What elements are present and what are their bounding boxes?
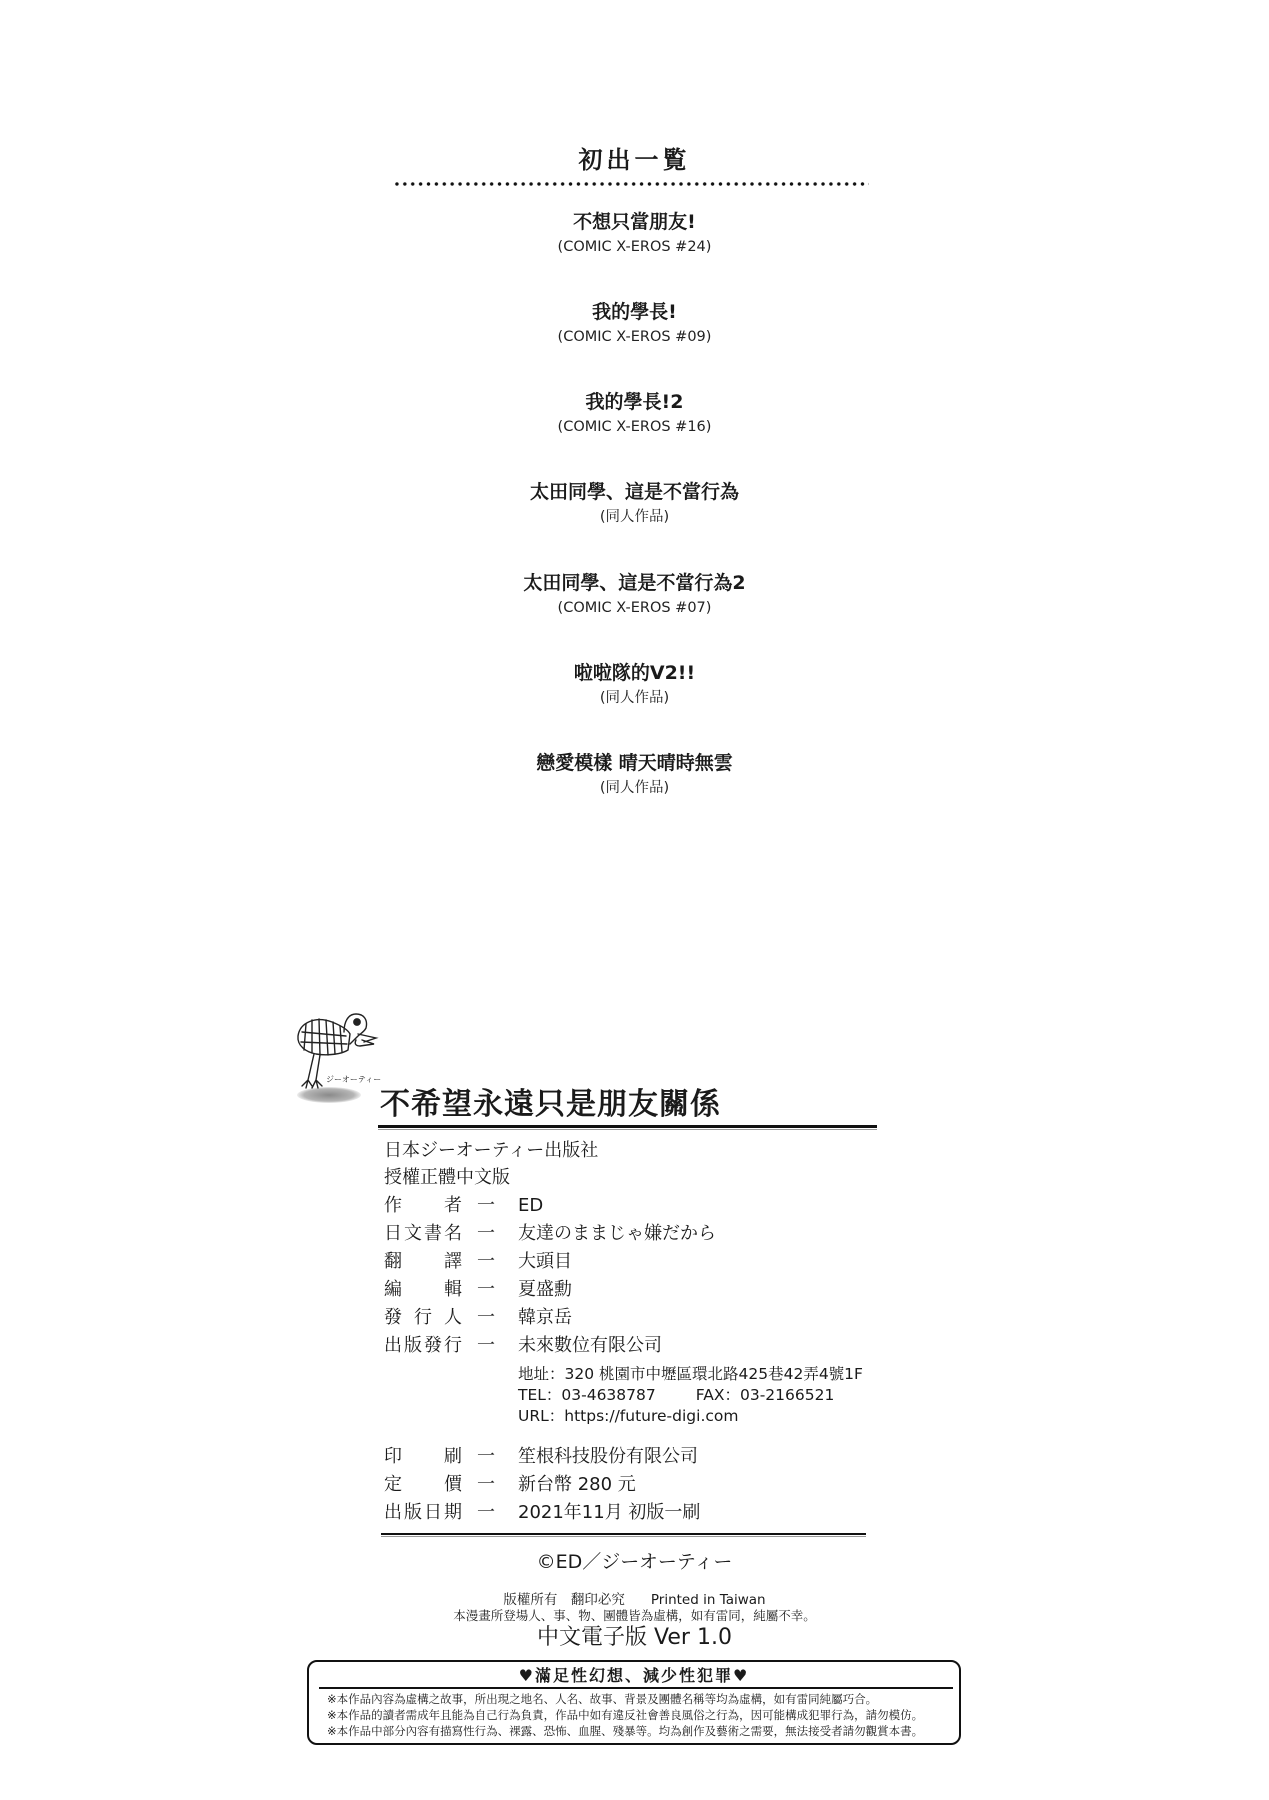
contact-tel: TEL：03-4638787 <box>518 1386 656 1404</box>
first-publication-heading: 初出一覧 <box>0 140 1269 175</box>
credit-dash: 一 <box>477 1335 495 1357</box>
credit-dash: 一 <box>477 1446 495 1468</box>
work-title: 我的學長! <box>0 300 1269 324</box>
credit-label: 出版日期 <box>384 1502 462 1524</box>
credit-dash: 一 <box>477 1279 495 1301</box>
work-source: (COMIC X-EROS #07) <box>0 598 1269 618</box>
credit-dash: 一 <box>477 1307 495 1329</box>
notice-divider <box>319 1687 953 1689</box>
work-source: (COMIC X-EROS #16) <box>0 417 1269 437</box>
credit-value: 韓京岳 <box>518 1307 572 1329</box>
notice-line: ※本作品的讀者需成年且能為自己行為負責，作品中如有違反社會善良風俗之行為，因可能… <box>327 1707 923 1723</box>
credit-label: 印刷 <box>384 1446 462 1468</box>
credit-dash: 一 <box>477 1474 495 1496</box>
credit-dash: 一 <box>477 1251 495 1273</box>
credit-dash: 一 <box>477 1502 495 1524</box>
work-source: (同人作品) <box>0 507 1269 527</box>
mascot-caption: ジーオーティー <box>326 1074 381 1085</box>
credit-value: 友達のままじゃ嫌だから <box>518 1223 716 1245</box>
edition-version: 中文電子版 Ver 1.0 <box>0 1620 1269 1651</box>
contact-fax: FAX：03-2166521 <box>696 1386 835 1404</box>
bird-mascot-icon: ジーオーティー <box>292 1008 382 1093</box>
credit-value: 2021年11月 初版一刷 <box>518 1502 700 1524</box>
credit-value: 笙根科技股份有限公司 <box>518 1446 698 1468</box>
credit-label: 定價 <box>384 1474 462 1496</box>
credit-dash: 一 <box>477 1223 495 1245</box>
title-divider <box>378 1125 877 1128</box>
work-source: (同人作品) <box>0 778 1269 798</box>
credit-value: ED <box>518 1195 543 1217</box>
work-entry: 我的學長!2 (COMIC X-EROS #16) <box>0 390 1269 437</box>
work-title: 戀愛模樣 晴天晴時無雲 <box>0 751 1269 775</box>
colophon-divider-shadow <box>381 1536 866 1537</box>
work-title: 太田同學、這是不當行為 <box>0 480 1269 504</box>
credit-label: 作者 <box>384 1195 462 1217</box>
credit-label: 發行人 <box>384 1307 462 1329</box>
credit-value: 新台幣 280 元 <box>518 1474 636 1496</box>
title-divider-shadow <box>378 1129 877 1130</box>
credit-dash: 一 <box>477 1195 495 1217</box>
credit-label: 出版發行 <box>384 1335 462 1357</box>
contact-phone-fax: TEL：03-4638787FAX：03-2166521 <box>518 1385 834 1406</box>
credit-label: 翻譯 <box>384 1251 462 1273</box>
colophon-divider <box>381 1533 866 1535</box>
credit-value: 未來數位有限公司 <box>518 1335 662 1357</box>
work-title: 我的學長!2 <box>0 390 1269 414</box>
credit-value: 夏盛勳 <box>518 1279 572 1301</box>
work-title: 啦啦隊的V2!! <box>0 661 1269 685</box>
notice-lines: ※本作品內容為虛構之故事，所出現之地名、人名、故事、背景及團體名稱等均為虛構，如… <box>327 1691 923 1739</box>
book-title: 不希望永遠只是朋友關係 <box>380 1079 721 1123</box>
notice-line: ※本作品中部分內容有描寫性行為、裸露、恐怖、血腥、殘暴等。均為創作及藝術之需要，… <box>327 1723 923 1739</box>
work-source: (同人作品) <box>0 688 1269 708</box>
work-entry: 我的學長! (COMIC X-EROS #09) <box>0 300 1269 347</box>
credit-label: 編輯 <box>384 1279 462 1301</box>
rights-line: 版權所有 翻印必究Printed in Taiwan <box>0 1588 1269 1608</box>
work-entry: 太田同學、這是不當行為 (同人作品) <box>0 480 1269 527</box>
dotted-divider <box>393 182 869 186</box>
credit-label: 日文書名 <box>384 1223 462 1245</box>
work-title: 太田同學、這是不當行為2 <box>0 571 1269 595</box>
contact-url: URL：https://future-digi.com <box>518 1406 738 1427</box>
work-source: (COMIC X-EROS #09) <box>0 327 1269 347</box>
work-title: 不想只當朋友! <box>0 210 1269 234</box>
work-entry: 戀愛模樣 晴天晴時無雲 (同人作品) <box>0 751 1269 798</box>
work-source: (COMIC X-EROS #24) <box>0 237 1269 257</box>
credit-value: 大頭目 <box>518 1251 572 1273</box>
work-entry: 太田同學、這是不當行為2 (COMIC X-EROS #07) <box>0 571 1269 618</box>
work-entry: 不想只當朋友! (COMIC X-EROS #24) <box>0 210 1269 257</box>
content-notice-box: ♥滿足性幻想、減少性犯罪♥ ※本作品內容為虛構之故事，所出現之地名、人名、故事、… <box>307 1660 961 1745</box>
contact-address: 地址：320 桃園市中壢區環北路425巷42弄4號1F <box>518 1364 863 1385</box>
copyright-line: ©ED／ジーオーティー <box>0 1547 1269 1574</box>
work-entry: 啦啦隊的V2!! (同人作品) <box>0 661 1269 708</box>
notice-heading: ♥滿足性幻想、減少性犯罪♥ <box>309 1663 959 1686</box>
publisher-line: 日本ジーオーティー出版社 <box>384 1140 598 1162</box>
license-line: 授權正體中文版 <box>384 1167 510 1189</box>
notice-line: ※本作品內容為虛構之故事，所出現之地名、人名、故事、背景及團體名稱等均為虛構，如… <box>327 1691 923 1707</box>
